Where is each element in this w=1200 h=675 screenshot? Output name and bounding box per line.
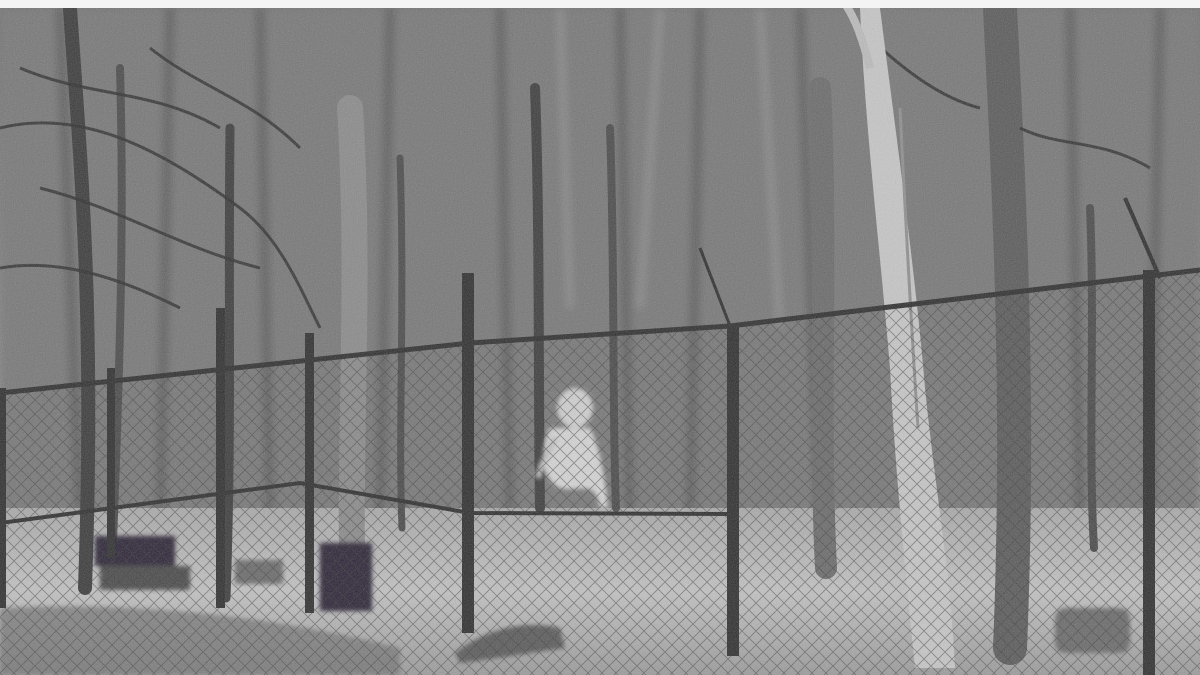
scene-svg <box>0 8 1200 675</box>
film-grain <box>0 8 1200 675</box>
photo-frame <box>0 8 1200 675</box>
top-border <box>0 0 1200 8</box>
